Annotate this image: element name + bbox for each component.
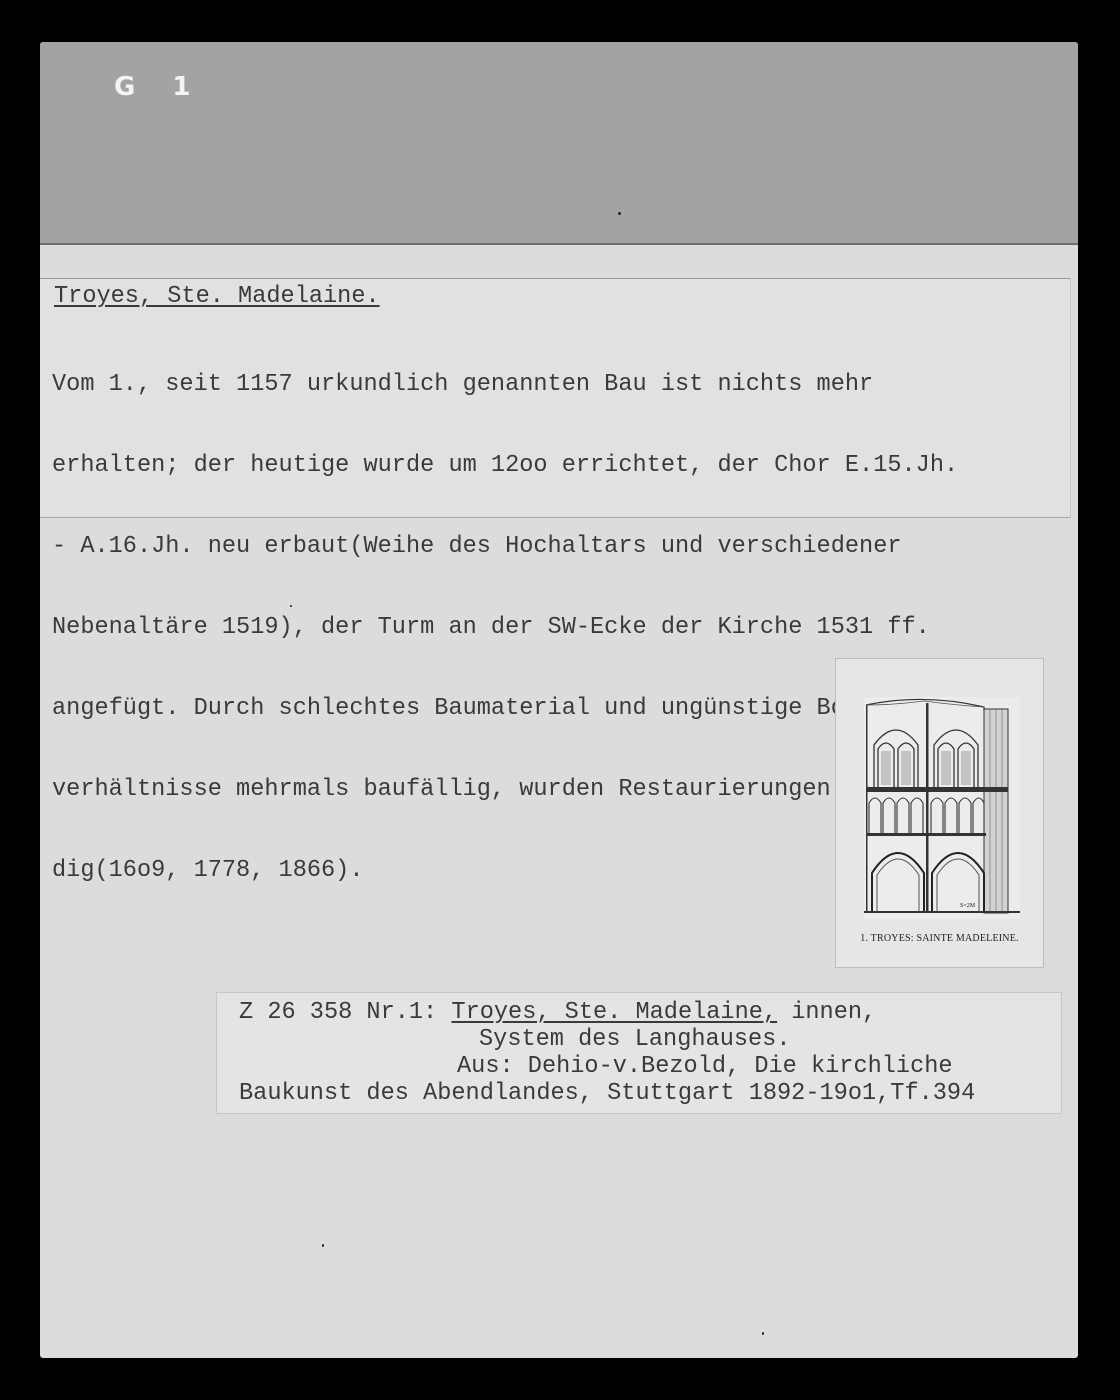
dust-speck <box>618 212 621 215</box>
description-label: Troyes, Ste. Madelaine. Vom 1., seit 115… <box>40 278 1071 518</box>
nave-elevation-drawing: S=2M <box>864 697 1020 919</box>
source-subject: System des Langhauses. <box>479 1026 791 1053</box>
dust-speck <box>762 1332 764 1335</box>
source-citation: Aus: Dehio-v.Bezold, Die kirchliche <box>457 1053 953 1080</box>
source-publication: Baukunst des Abendlandes, Stuttgart 1892… <box>239 1080 975 1107</box>
source-first-line: Z 26 358 Nr.1: Troyes, Ste. Madelaine, i… <box>239 999 876 1026</box>
archive-card: G 1 Troyes, Ste. Madelaine. Vom 1., seit… <box>40 42 1078 1358</box>
description-line: angefügt. Durch schlechtes Baumaterial u… <box>52 695 958 722</box>
description-line: Vom 1., seit 1157 urkundlich genannten B… <box>52 371 958 398</box>
plate-caption: 1. TROYES: SAINTE MADELEINE. <box>836 933 1043 944</box>
card-header-band: G 1 <box>40 42 1078 245</box>
description-line: Nebenaltäre 1519), der Turm an der SW-Ec… <box>52 614 958 641</box>
description-title: Troyes, Ste. Madelaine. <box>54 283 380 310</box>
dust-speck <box>290 605 292 607</box>
scale-mark: S=2M <box>960 903 976 909</box>
plate-print: S=2M 1. TROYES: SAINTE MADELEINE. <box>835 658 1044 968</box>
description-line: dig(16o9, 1778, 1866). <box>52 857 958 884</box>
description-text: Vom 1., seit 1157 urkundlich genannten B… <box>52 317 958 938</box>
source-label: Z 26 358 Nr.1: Troyes, Ste. Madelaine, i… <box>216 992 1062 1114</box>
source-title: Troyes, Ste. Madelaine, <box>451 999 777 1026</box>
description-line: erhalten; der heutige wurde um 12oo erri… <box>52 452 958 479</box>
source-title-suffix: innen, <box>777 999 876 1026</box>
call-number: G 1 <box>114 72 204 102</box>
dust-speck <box>322 1244 324 1247</box>
source-ref: Z 26 358 Nr.1: <box>239 999 437 1026</box>
description-line: - A.16.Jh. neu erbaut(Weihe des Hochalta… <box>52 533 958 560</box>
description-line: verhältnisse mehrmals baufällig, wurden … <box>52 776 958 803</box>
